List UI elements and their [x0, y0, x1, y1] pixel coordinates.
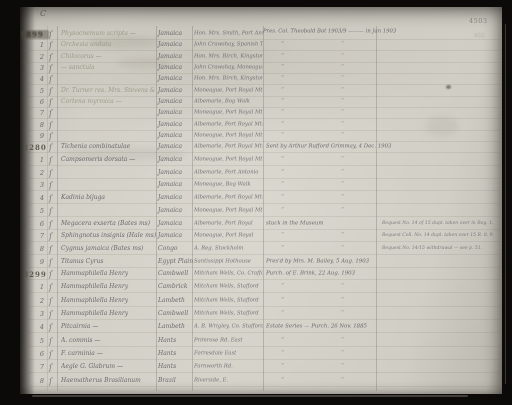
row-check-mark: ſ — [49, 377, 52, 386]
register-number: 4 — [24, 75, 44, 83]
locality: Jamaica — [158, 87, 182, 94]
row-check-mark: ſ — [49, 41, 52, 50]
register-number: 8 — [24, 245, 44, 253]
specimen-name: Aegle G. Glabrum — — [61, 363, 156, 370]
ditto-mark: ” — [281, 194, 284, 201]
ditto-mark: ” — [341, 337, 344, 344]
section-letter: C — [40, 9, 46, 18]
collector-address: A. B. Wrigley, Co. Stafford — [194, 323, 263, 329]
register-number: 4 — [24, 323, 44, 331]
collector-address: Primrose Rd. East — [194, 337, 263, 343]
ledger-row: 1 ſ Orchesia undata Jamaica John Crawsha… — [0, 41, 512, 53]
ditto-mark: ” — [341, 297, 344, 304]
ditto-mark: ” — [281, 109, 284, 116]
ditto-mark: ” — [341, 109, 344, 116]
ditto-mark: ” — [281, 283, 284, 290]
ledger-row: 1 ſ Campsomeris dorsata — Jamaica Moneag… — [0, 156, 512, 168]
row-check-mark: ſ — [49, 350, 52, 359]
row-rule — [22, 62, 500, 63]
row-rule — [22, 216, 500, 217]
ditto-mark: ” — [341, 377, 344, 384]
collector-address: Albemarle, Port Antonio — [194, 169, 263, 175]
collector-address: Albemarle, Port Royal Mtns — [194, 143, 263, 149]
ditto-mark: ” — [341, 41, 344, 48]
ledger-row: 2 ſ Hammaphilella Henry Lambeth Mitcham … — [0, 297, 512, 309]
locality: Hants — [158, 337, 176, 344]
row-rule — [22, 359, 500, 360]
row-rule — [22, 50, 500, 51]
row-rule — [22, 386, 500, 387]
ledger-row: 4 ſ Kadinia bijuga Jamaica Albemarle, Po… — [0, 194, 512, 206]
specimen-name: Haematherus Brasilianum — [61, 377, 156, 384]
specimen-name: Kadinia bijuga — [61, 194, 156, 201]
collector-address: Hon. Mrs. Smith, Port Antonio — [194, 30, 263, 36]
ditto-mark: ” — [341, 169, 344, 176]
ditto-mark: ” — [341, 363, 344, 370]
ditto-mark: ” — [341, 310, 344, 317]
specimen-name: Cortena myrmica — — [61, 98, 156, 105]
row-rule — [22, 254, 500, 255]
ledger-row: 2 ſ Jamaica Albemarle, Port Antonio ” ” — [0, 169, 512, 181]
register-number: 7 — [24, 232, 44, 240]
ledger-row: 8 ſ Cygnus jamaica (Bates ms) Congo A. R… — [0, 245, 512, 257]
collector-address: Moneague, Port Royal — [194, 232, 263, 238]
row-check-mark: ſ — [49, 87, 52, 96]
collector-address: Santissippi Hothouse — [194, 258, 263, 264]
ditto-mark: ” — [341, 132, 344, 139]
specimen-name: Dr. Turner res. Mrs. Stevens & others — [61, 87, 156, 94]
register-number: 7 — [24, 109, 44, 117]
locality: Cambwell — [158, 310, 188, 317]
row-rule — [22, 118, 500, 119]
ditto-mark: ” — [281, 377, 284, 384]
specimen-name: Orchesia undata — [61, 41, 156, 48]
register-number: 4 — [24, 194, 44, 202]
acquisition-note: Purch. of E. Brink, 22 Aug. 1903 — [266, 270, 378, 276]
row-check-mark: ſ — [49, 297, 52, 306]
ditto-mark: ” — [341, 207, 344, 214]
locality: Congo — [158, 245, 178, 252]
locality: Cambrick — [158, 283, 187, 290]
ditto-mark: ” — [341, 156, 344, 163]
ledger-row: 9 ſ Titanus Cyrus Egypt Plain Santissipp… — [0, 258, 512, 270]
register-number: 2280 — [21, 143, 49, 152]
register-number: 6 — [24, 350, 44, 358]
ditto-mark: ” — [281, 132, 284, 139]
ditto-mark: ” — [281, 87, 284, 94]
collector-address: Moneague, Port Royal Mtns — [194, 207, 263, 213]
row-check-mark: ſ — [49, 270, 52, 279]
locality: Jamaica — [158, 169, 182, 176]
locality: Jamaica — [158, 121, 182, 128]
margin-note: Bequest No. 14/15 withdrawal — see p. 51… — [382, 245, 502, 250]
ditto-mark: ” — [281, 64, 284, 71]
row-check-mark: ſ — [49, 64, 52, 73]
ledger-row: 1 ſ Hammaphilella Henry Cambrick Mitcham… — [0, 283, 512, 295]
locality: Jamaica — [158, 30, 182, 37]
ledger-row: 7 ſ Aegle G. Glabrum — Hants Farnworth R… — [0, 363, 512, 375]
row-check-mark: ſ — [49, 169, 52, 178]
row-check-mark: ſ — [49, 194, 52, 203]
row-check-mark: ſ — [49, 310, 52, 319]
ditto-mark: ” — [281, 75, 284, 82]
row-check-mark: ſ — [49, 207, 52, 216]
register-number: 3 — [24, 181, 44, 189]
collector-address: Albemarle, Port Royal Mtns — [194, 121, 263, 127]
ledger-row: 5 ſ A. commis — Hants Primrose Rd. East … — [0, 337, 512, 349]
register-number: 899 — [21, 30, 49, 39]
row-check-mark: ſ — [49, 53, 52, 62]
collector-address: Moneague, Port Royal Mtns — [194, 109, 263, 115]
row-rule — [22, 39, 500, 40]
ditto-mark: ” — [341, 98, 344, 105]
ledger-row: 4 ſ Jamaica Hon. Mrs. Birch, Kingston ” … — [0, 75, 512, 87]
row-check-mark: ſ — [49, 121, 52, 130]
locality: Jamaica — [158, 181, 182, 188]
row-check-mark: ſ — [49, 245, 52, 254]
row-rule — [22, 306, 500, 307]
specimen-name: Hammaphilella Henry — [61, 310, 156, 317]
ditto-mark: ” — [281, 337, 284, 344]
collector-address: Mitcham Wells, Stafford — [194, 283, 263, 289]
register-number: 5 — [24, 87, 44, 95]
ditto-mark: ” — [341, 87, 344, 94]
collector-address: John Crawshay, Spanish Town — [194, 41, 263, 47]
row-rule — [22, 178, 500, 179]
row-rule — [22, 130, 500, 131]
register-number: 1 — [24, 156, 44, 164]
row-rule — [22, 84, 500, 85]
ditto-mark: ” — [281, 156, 284, 163]
ditto-mark: ” — [341, 283, 344, 290]
row-check-mark: ſ — [49, 220, 52, 229]
register-number: 3 — [24, 64, 44, 72]
ledger-row: 3 ſ Hammaphilella Henry Cambwell Mitcham… — [0, 310, 512, 322]
acquisition-note: Sent by Arthur Rufford Grimmay, 4 Dec. 1… — [266, 143, 378, 149]
register-number: 9 — [24, 258, 44, 266]
register-number: 5 — [24, 337, 44, 345]
ditto-mark: ” — [281, 363, 284, 370]
locality: Jamaica — [158, 156, 182, 163]
locality: Lambeth — [158, 297, 185, 304]
ditto-mark: ” — [341, 121, 344, 128]
row-check-mark: ſ — [49, 109, 52, 118]
register-number: 1 — [24, 41, 44, 49]
specimen-name: Sphingnotus insignis (Hale ms) — [61, 232, 156, 239]
specimen-name: A. commis — — [61, 337, 156, 344]
locality: Hants — [158, 350, 176, 357]
locality: Jamaica — [158, 194, 182, 201]
specimen-name: Pitcairnia — — [61, 323, 156, 330]
page-corner-stamp: 4503 — [469, 17, 488, 25]
specimen-name: Chilocorus — — [61, 53, 156, 60]
row-check-mark: ſ — [49, 323, 52, 332]
locality: Jamaica — [158, 53, 182, 60]
collector-address: Moneague, Port Royal Mtns — [194, 156, 263, 162]
ledger-row: 7 ſ Jamaica Moneague, Port Royal Mtns ” … — [0, 109, 512, 121]
ledger-row: 3 ſ Jamaica Moneague, Bog Walk ” ” — [0, 181, 512, 193]
collector-address: Riverside, E. — [194, 377, 263, 383]
specimen-name: Hammaphilella Henry — [61, 297, 156, 304]
ledger-row: 7 ſ Sphingnotus insignis (Hale ms) Jamai… — [0, 232, 512, 244]
collector-address: Mitcham Wells, Co. Crafford — [194, 270, 263, 276]
ditto-mark: ” — [341, 181, 344, 188]
ledger-row: 8 ſ Haematherus Brasilianum Brazil River… — [0, 377, 512, 389]
row-rule — [22, 267, 500, 268]
collector-address: Mitcham Wells, Stafford — [194, 310, 263, 316]
row-check-mark: ſ — [49, 258, 52, 267]
row-rule — [22, 229, 500, 230]
collector-address: Hon. Mrs. Birch, Kingston — [194, 75, 263, 81]
ledger-row: 4 ſ Pitcairnia — Lambeth A. B. Wrigley, … — [0, 323, 512, 335]
locality: Lambeth — [158, 323, 185, 330]
row-rule — [22, 165, 500, 166]
row-rule — [22, 279, 500, 280]
row-check-mark: ſ — [49, 232, 52, 241]
register-number: 6 — [24, 220, 44, 228]
locality: Hants — [158, 363, 176, 370]
locality: Jamaica — [158, 143, 182, 150]
locality: Cambwell — [158, 270, 188, 277]
row-check-mark: ſ — [49, 143, 52, 152]
acquisition-note: stuck in the Museum — [266, 220, 378, 226]
register-number: 2 — [24, 297, 44, 305]
collector-address: Moneague, Bog Walk — [194, 181, 263, 187]
locality: Jamaica — [158, 109, 182, 116]
register-number: 8 — [24, 377, 44, 385]
ditto-mark: ” — [281, 297, 284, 304]
margin-note: Bequest No. 14 of 15 dupl. taken over in… — [382, 220, 502, 225]
row-check-mark: ſ — [49, 363, 52, 372]
row-rule — [22, 73, 500, 74]
collector-address: A. Reg. Stockholm — [194, 245, 263, 251]
ditto-mark: ” — [341, 245, 344, 252]
specimen-name: Hammaphilella Henry — [61, 270, 156, 277]
row-rule — [22, 241, 500, 242]
collector-address: Farnworth Rd. — [194, 363, 263, 369]
specimen-name: Hammaphilella Henry — [61, 283, 156, 290]
specimen-name: — sanctula — [61, 64, 156, 71]
ditto-mark: ” — [341, 350, 344, 357]
row-check-mark: ſ — [49, 75, 52, 84]
locality: Brazil — [158, 377, 176, 384]
specimen-name: F. carminia — — [61, 350, 156, 357]
ditto-mark: ” — [281, 98, 284, 105]
ditto-mark: ” — [281, 121, 284, 128]
ditto-mark: ” — [281, 169, 284, 176]
ledger-row: 8299 ſ Hammaphilella Henry Cambwell Mitc… — [0, 270, 512, 282]
row-rule — [22, 332, 500, 333]
row-check-mark: ſ — [49, 132, 52, 141]
row-rule — [22, 141, 500, 142]
locality: Jamaica — [158, 41, 182, 48]
register-number: 9 — [24, 132, 44, 140]
ditto-mark: ” — [281, 207, 284, 214]
locality: Jamaica — [158, 64, 182, 71]
specimen-name: Campsomeris dorsata — — [61, 156, 156, 163]
row-rule — [22, 372, 500, 373]
ledger-row: 5 ſ Jamaica Moneague, Port Royal Mtns ” … — [0, 207, 512, 219]
register-number: 7 — [24, 363, 44, 371]
collector-address: Albemarle, Bog Walk — [194, 98, 263, 104]
row-check-mark: ſ — [49, 30, 52, 39]
locality: Egypt Plain — [158, 258, 193, 265]
register-number: 8 — [24, 121, 44, 129]
row-rule — [22, 292, 500, 293]
register-number: 5 — [24, 207, 44, 215]
register-number: 1 — [24, 283, 44, 291]
ditto-mark: ” — [341, 232, 344, 239]
specimen-name: Megacera exserta (Bates ms) — [61, 220, 156, 227]
acquisition-note: Pres'd by Mrs. M. Bailey, 5 Aug. 1903 — [266, 258, 378, 264]
collector-address: Mitcham Wells, Stafford — [194, 297, 263, 303]
specimen-name: Titanus Cyrus — [61, 258, 156, 265]
ditto-mark: ” — [341, 75, 344, 82]
row-check-mark: ſ — [49, 156, 52, 165]
row-check-mark: ſ — [49, 337, 52, 346]
row-rule — [22, 107, 500, 108]
margin-note: Bequest Coll. No. 14 dupl. taken over 15… — [382, 232, 502, 237]
locality: Jamaica — [158, 207, 182, 214]
row-check-mark: ſ — [49, 98, 52, 107]
collector-address: Albemarle, Port Royal Mtns — [194, 194, 263, 200]
ditto-mark: ” — [281, 181, 284, 188]
row-rule — [22, 190, 500, 191]
ditto-mark: ” — [341, 194, 344, 201]
locality: Jamaica — [158, 132, 182, 139]
row-rule — [22, 319, 500, 320]
ditto-mark: ” — [281, 232, 284, 239]
row-rule — [22, 96, 500, 97]
register-number: 8299 — [21, 270, 49, 279]
ditto-mark: ” — [341, 53, 344, 60]
ledger-row: 6 ſ F. carminia — Hants Forresdale East … — [0, 350, 512, 362]
ledger-row: 6 ſ Megacera exserta (Bates ms) Jamaica … — [0, 220, 512, 232]
page-under-edge — [32, 395, 468, 397]
ditto-mark: ” — [341, 64, 344, 71]
specimen-name: Tichenia combinatulae — [61, 143, 156, 150]
collector-address: Moneague, Port Royal Mtns — [194, 132, 263, 138]
row-rule — [22, 152, 500, 153]
specimen-name: Cygnus jamaica (Bates ms) — [61, 245, 156, 252]
row-check-mark: ſ — [49, 181, 52, 190]
acquisition-note: Estate Series — Purch. 26 Nov. 1885 — [266, 323, 378, 329]
collector-address: Hon. Mrs. Birch, Kingston — [194, 53, 263, 59]
collector-address: Forresdale East — [194, 350, 263, 356]
locality: Jamaica — [158, 232, 182, 239]
register-number: 6 — [24, 98, 44, 106]
row-check-mark: ſ — [49, 283, 52, 292]
ditto-mark: ” — [281, 310, 284, 317]
row-rule — [22, 346, 500, 347]
collector-address: Albemarle, Port Royal — [194, 220, 263, 226]
ditto-mark: ” — [281, 41, 284, 48]
locality: Jamaica — [158, 75, 182, 82]
register-number: 2 — [24, 53, 44, 61]
register-number: 3 — [24, 310, 44, 318]
ditto-mark: ” — [281, 53, 284, 60]
register-number: 2 — [24, 169, 44, 177]
locality: Jamaica — [158, 220, 182, 227]
ledger-row: 2280 ſ Tichenia combinatulae Jamaica Alb… — [0, 143, 512, 155]
collector-address: Moneague, Port Royal Mtns — [194, 87, 263, 93]
ditto-mark: ” — [281, 350, 284, 357]
locality: Jamaica — [158, 98, 182, 105]
register-scan: C Pres. Col. Theobald Bot 1903/9 ——— in … — [0, 0, 512, 405]
row-rule — [22, 203, 500, 204]
specimen-name: Physocnemum scripta — — [61, 30, 156, 37]
collector-address: John Crawshay, Moneague — [194, 64, 263, 70]
ditto-mark: ” — [281, 245, 284, 252]
